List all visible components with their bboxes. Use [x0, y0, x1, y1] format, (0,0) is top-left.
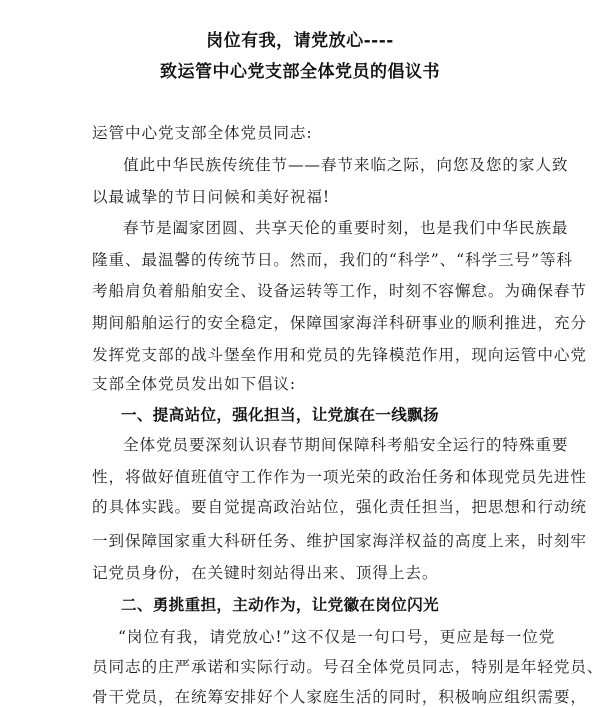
paragraph-line: 一到保障国家重大科研任务、维护国家海洋权益的高度上来，时刻牢 [92, 531, 512, 551]
paragraph-line: 值此中华民族传统佳节——春节来临之际，向您及您的家人致 [123, 155, 543, 175]
paragraph-line: 隆重、最温馨的传统节日。然而，我们的“科学”、“科学三号”等科 [92, 250, 512, 270]
paragraph-line: 骨干党员，在统筹安排好个人家庭生活的同时，积极响应组织需要， [92, 687, 512, 707]
paragraph-line: 期间船舶运行的安全稳定，保障国家海洋科研事业的顺利推进，充分 [92, 313, 512, 333]
paragraph-line: 春节是阖家团圆、共享天伦的重要时刻，也是我们中华民族最 [123, 218, 543, 238]
salutation: 运管中心党支部全体党员同志: [92, 123, 512, 143]
paragraph-line: 以最诚挚的节日问候和美好祝福! [92, 187, 512, 207]
document-title: 岗位有我，请党放心---- [0, 31, 600, 51]
section-heading-1: 一、提高站位，强化担当，让党旗在一线飘扬 [121, 405, 439, 425]
paragraph-line: 性，将做好值班值守工作作为一项光荣的政治任务和体现党员先进性 [92, 467, 512, 487]
paragraph-line: 员同志的庄严承诺和实际行动。号召全体党员同志，特别是年轻党员、 [92, 657, 512, 677]
paragraph-line: 支部全体党员发出如下倡议: [92, 374, 512, 394]
paragraph-line: “岗位有我，请党放心!”这不仅是一句口号，更应是每一位党 [118, 627, 538, 647]
section-heading-2: 二、勇挑重担，主动作为，让党徽在岗位闪光 [121, 595, 439, 615]
paragraph-line: 的具体实践。要自觉提高政治站位，强化责任担当，把思想和行动统 [92, 497, 512, 517]
paragraph-line: 全体党员要深刻认识春节期间保障科考船安全运行的特殊重要 [123, 435, 543, 455]
paragraph-line: 发挥党支部的战斗堡垒作用和党员的先锋模范作用，现向运管中心党 [92, 345, 512, 365]
paragraph-line: 记党员身份，在关键时刻站得出来、顶得上去。 [92, 563, 512, 583]
document-page: 岗位有我，请党放心---- 致运管中心党支部全体党员的倡议书 运管中心党支部全体… [0, 0, 600, 707]
document-subtitle: 致运管中心党支部全体党员的倡议书 [0, 62, 600, 82]
paragraph-line: 考船肩负着船舶安全、设备运转等工作，时刻不容懈怠。为确保春节 [92, 281, 512, 301]
